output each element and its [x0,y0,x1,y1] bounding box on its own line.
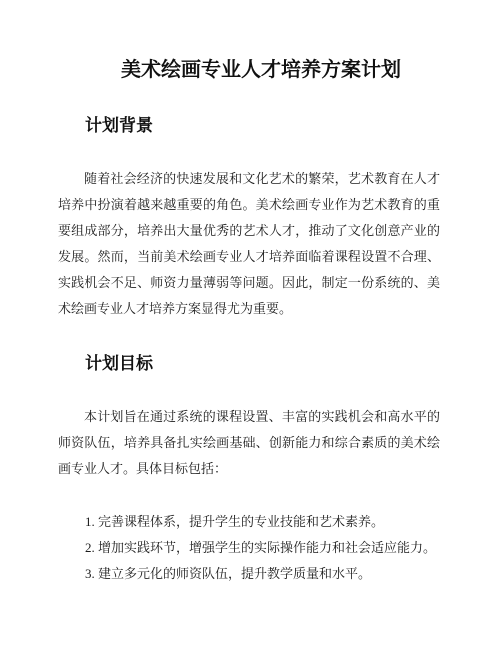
goal-list-item-2: 2. 增加实践环节，增强学生的实际操作能力和社会适应能力。 [85,535,440,561]
document-title: 美术绘画专业人才培养方案计划 [58,56,440,84]
section-heading-plan-goals: 计划目标 [58,352,440,376]
paragraph-plan-goals: 本计划旨在通过系统的课程设置、丰富的实践机会和高水平的师资队伍，培养具备扎实绘画… [58,404,440,482]
goal-list: 1. 完善课程体系，提升学生的专业技能和艺术素养。 2. 增加实践环节，增强学生… [58,509,440,587]
goal-list-item-1: 1. 完善课程体系，提升学生的专业技能和艺术素养。 [85,509,440,535]
document-page: 美术绘画专业人才培养方案计划 计划背景 随着社会经济的快速发展和文化艺术的繁荣，… [0,0,500,647]
section-heading-plan-background: 计划背景 [58,114,440,138]
goal-list-item-3: 3. 建立多元化的师资队伍，提升教学质量和水平。 [85,561,440,587]
paragraph-plan-background: 随着社会经济的快速发展和文化艺术的繁荣，艺术教育在人才培养中扮演着越来越重要的角… [58,166,440,322]
